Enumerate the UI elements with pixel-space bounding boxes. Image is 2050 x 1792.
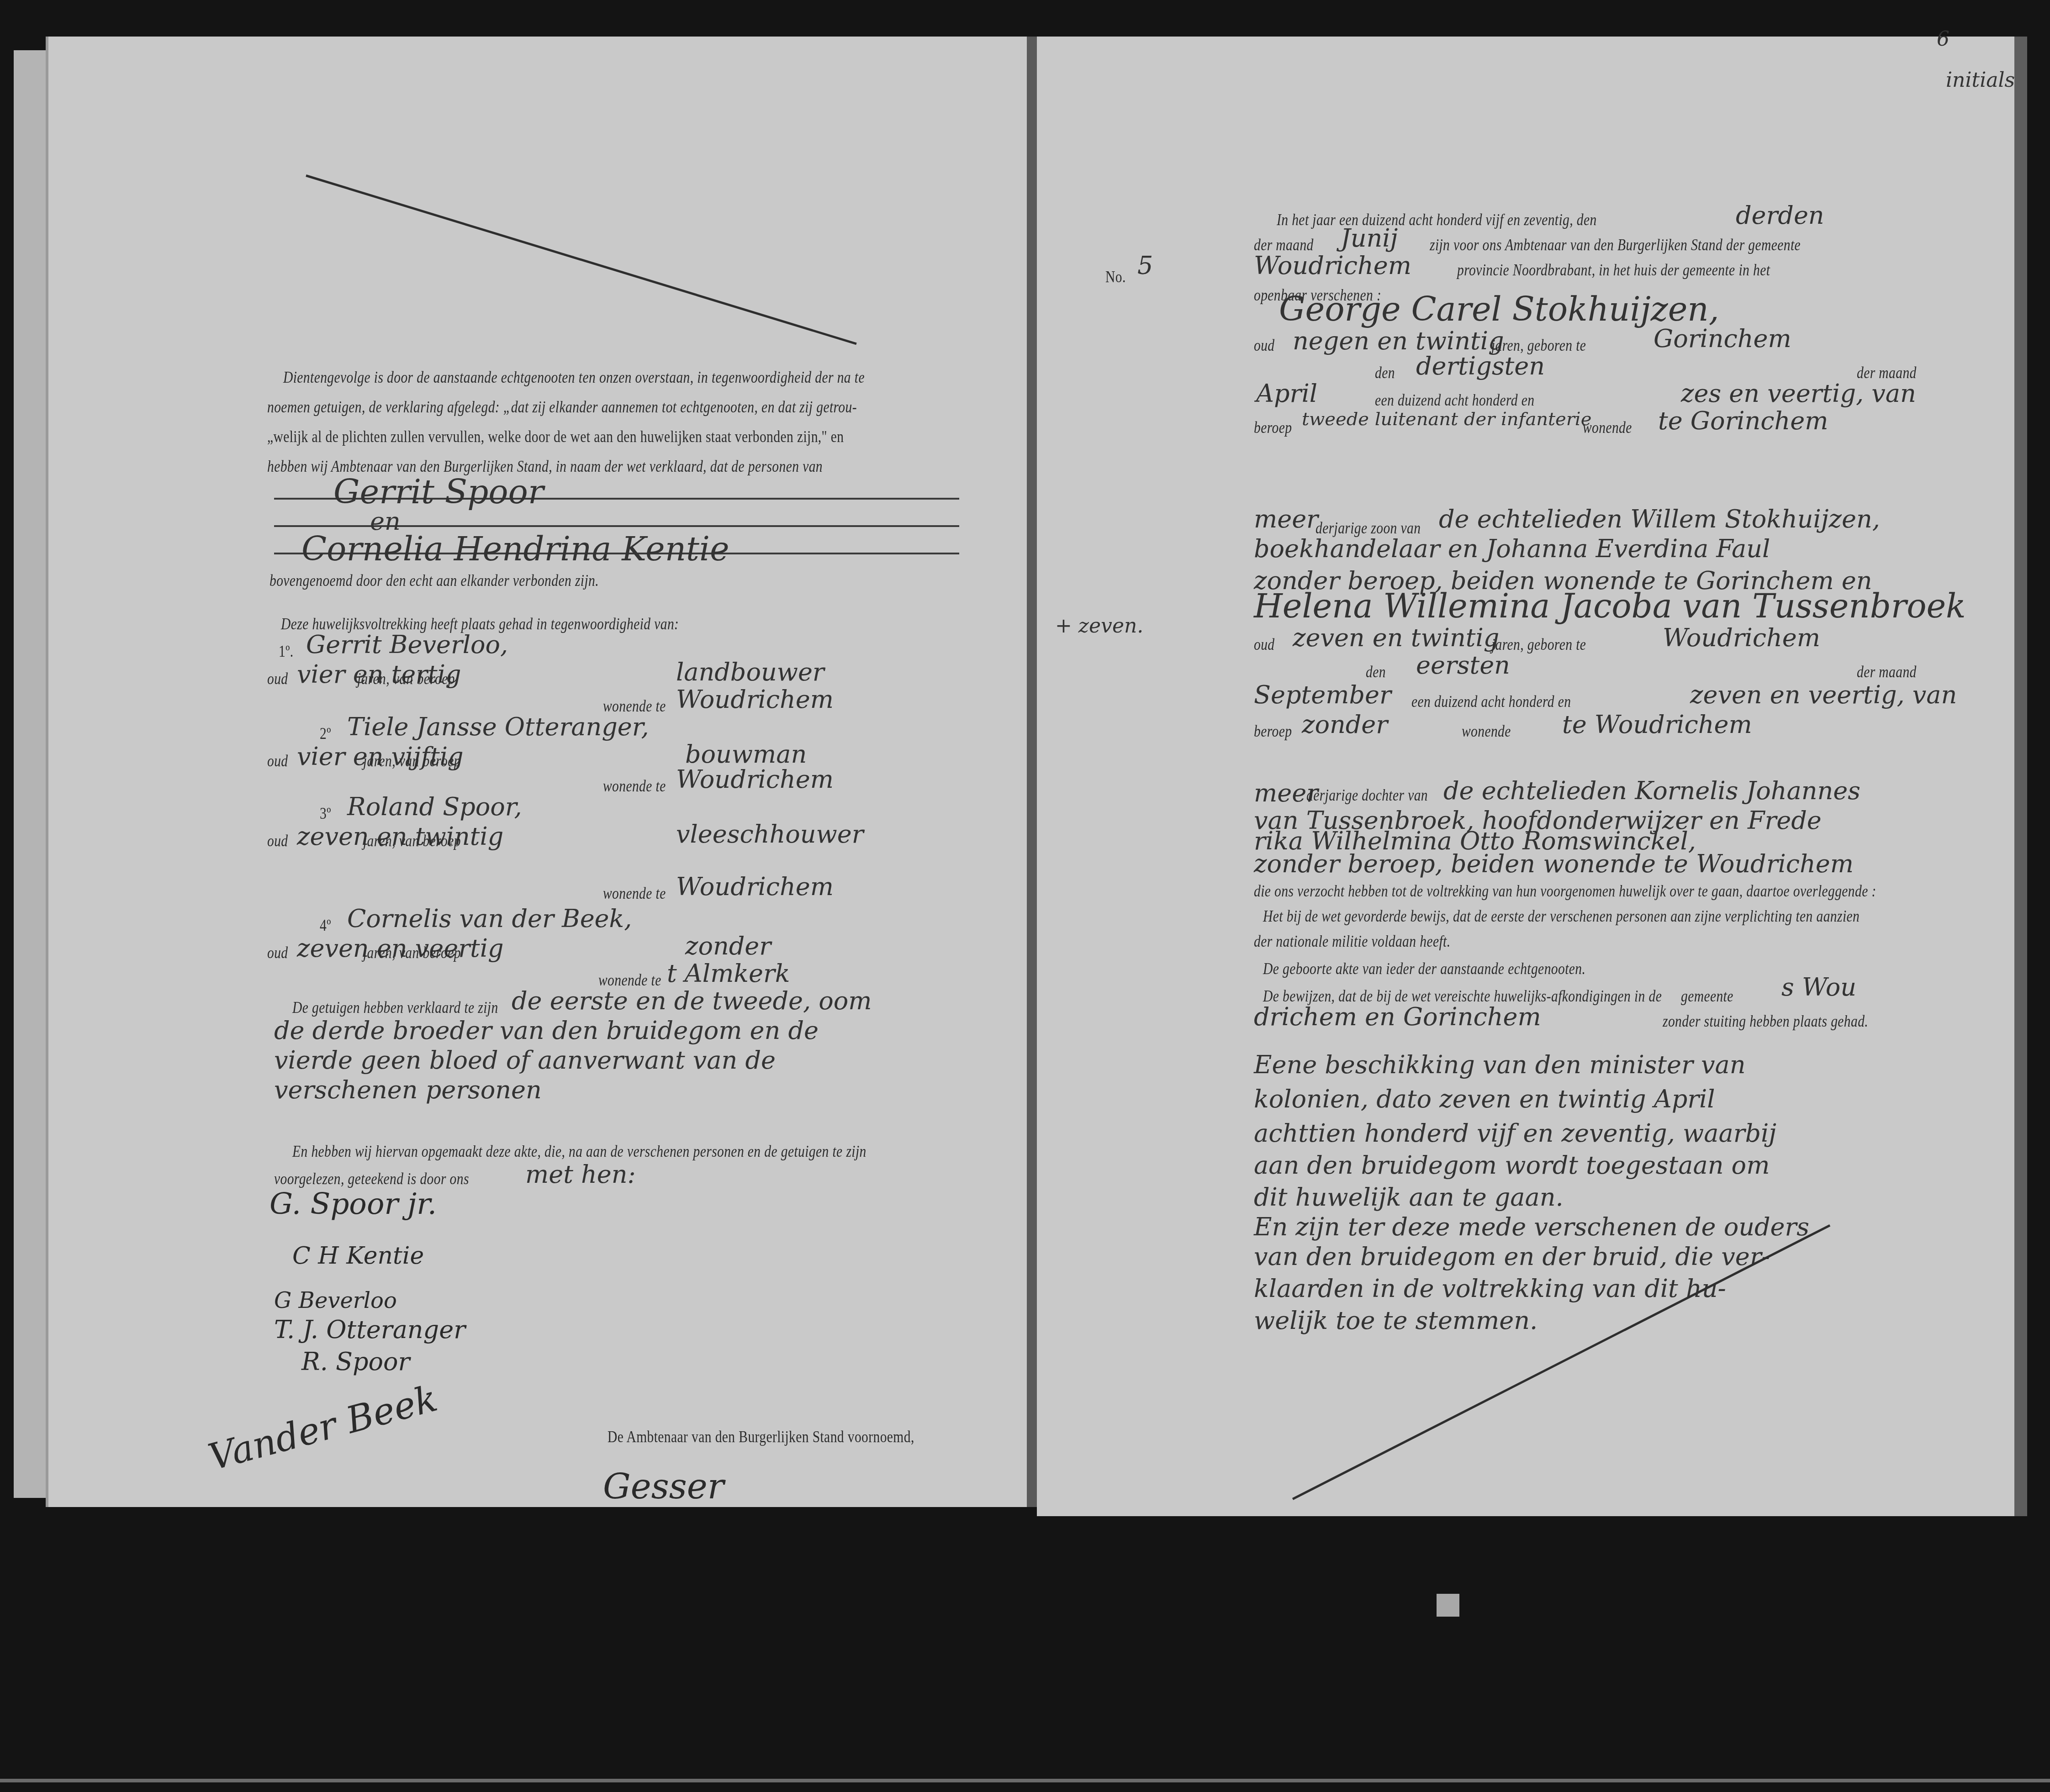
- bride-name: Cornelia Hendrina Kentie: [301, 530, 729, 568]
- witness-2-name: Tiele Jansse Otteranger,: [347, 712, 649, 741]
- bottom-tab-marker: [1437, 1594, 1459, 1617]
- bride-den-label: den: [1366, 662, 1386, 681]
- additional-line-8: klaarden in de voltrekking van dit hu-: [1254, 1274, 1726, 1303]
- proclamations-hand-b: drichem en Gorinchem: [1254, 1002, 1541, 1031]
- bottom-edge: [0, 1779, 2050, 1782]
- marriage-month: Junij: [1341, 224, 1398, 253]
- margin-note: + zeven.: [1055, 614, 1143, 638]
- bride-beroep-label: beroep: [1254, 722, 1292, 741]
- intro-line-2: zijn voor ons Ambtenaar van den Burgerli…: [1430, 235, 1801, 254]
- witness-4-residence: t Almkerk: [667, 959, 790, 988]
- additional-line-5: dit huwelijk aan te gaan.: [1254, 1183, 1564, 1212]
- bride-birth-year: zeven en veertig, van: [1690, 680, 1957, 709]
- witness-1-occupation: landbouwer: [676, 658, 824, 686]
- witness-1-num: 1º.: [279, 642, 294, 661]
- closing-line-1: En hebben wij hiervan opgemaakt deze akt…: [292, 1142, 866, 1161]
- witness-2-residence: Woudrichem: [676, 765, 834, 794]
- act-number: 5: [1137, 251, 1153, 280]
- closing-hand: met hen:: [525, 1160, 636, 1189]
- official-label: De Ambtenaar van den Burgerlijken Stand …: [608, 1427, 914, 1446]
- declaration-line-1: Dientengevolge is door de aanstaande ech…: [283, 368, 865, 387]
- additional-line-6: En zijn ter deze mede verschenen de oude…: [1254, 1212, 1809, 1241]
- book-spine: [1027, 37, 1037, 1507]
- witness-2-num: 2º: [320, 724, 331, 743]
- declaration-line-2: noemen getuigen, de verklaring afgelegd:…: [267, 397, 857, 416]
- wonende-te-label: wonende te: [603, 776, 666, 796]
- signature-witness-3: R. Spoor: [301, 1347, 410, 1376]
- bride-oud-label: oud: [1254, 635, 1275, 654]
- relation-label: De getuigen hebben verklaard te zijn: [292, 998, 498, 1017]
- page-mark: initials: [1946, 69, 2015, 92]
- bride-maand-label: der maand: [1857, 662, 1917, 681]
- relation-line-4: verschenen personen: [274, 1075, 542, 1104]
- declaration-line-3: „welijk al de plichten zullen vervullen,…: [267, 427, 844, 446]
- witness-4-num: 4º: [320, 916, 331, 935]
- groom-birthplace: Gorinchem: [1654, 324, 1791, 353]
- groom-parents-line-1: de echtelieden Willem Stokhuijzen,: [1439, 505, 1880, 533]
- groom-wonende-label: wonende: [1583, 418, 1632, 437]
- groom-year-label: een duizend acht honderd en: [1375, 390, 1534, 410]
- bride-parents-line-4: zonder beroep, beiden wonende te Woudric…: [1254, 849, 1854, 878]
- oud-label: oud: [267, 943, 288, 962]
- oud-label: oud: [267, 669, 288, 688]
- witness-3-occupation: vleeschhouwer: [676, 820, 863, 849]
- left-page: [46, 37, 1030, 1507]
- wonende-te-label: wonende te: [603, 884, 666, 903]
- bride-parents-label: derjarige dochter van: [1306, 785, 1428, 805]
- bride-parents-line-1: de echtelieden Kornelis Johannes: [1443, 776, 1860, 805]
- witness-3-num: 3º: [320, 804, 331, 823]
- groom-name: George Carel Stokhuijzen,: [1279, 290, 1719, 328]
- proclamations-text-b: zonder stuiting hebben plaats gehad.: [1663, 1012, 1868, 1031]
- united-text: bovengenoemd door den echt aan elkander …: [269, 571, 599, 590]
- jaren-beroep-label: jaren, van beroep: [363, 751, 461, 770]
- relation-line-3: vierde geen bloed of aanverwant van de: [274, 1046, 776, 1075]
- signature-bride: C H Kentie: [292, 1242, 424, 1270]
- signature-witness-1: G Beverloo: [274, 1288, 397, 1313]
- groom-oud-label: oud: [1254, 336, 1275, 355]
- witness-4-name: Cornelis van der Beek,: [347, 904, 632, 933]
- groom-birth-month: April: [1256, 379, 1317, 408]
- militia-line-2: der nationale militie voldaan heeft.: [1254, 932, 1450, 951]
- proclamations-hand-a: s Wou: [1781, 973, 1856, 1001]
- birth-acts-text: De geboorte akte van ieder der aanstaand…: [1263, 959, 1585, 978]
- groom-name: Gerrit Spoor: [333, 473, 544, 511]
- groom-occupation: tweede luitenant der infanterie: [1302, 409, 1591, 430]
- bride-residence: te Woudrichem: [1562, 710, 1752, 739]
- bride-name: Helena Willemina Jacoba van Tussenbroek: [1254, 587, 1966, 625]
- request-text: die ons verzocht hebben tot de voltrekki…: [1254, 881, 1876, 901]
- bride-birthplace: Woudrichem: [1663, 623, 1820, 652]
- witness-4-occupation: zonder: [685, 932, 771, 960]
- groom-parents-prefix: meer: [1254, 505, 1318, 533]
- jaren-beroep-label: jaren, van beroep: [363, 943, 461, 962]
- bride-occupation: zonder: [1302, 710, 1388, 739]
- bride-age: zeven en twintig: [1293, 623, 1499, 652]
- additional-line-4: aan den bruidegom wordt toegestaan om: [1254, 1151, 1770, 1180]
- groom-residence: te Gorinchem: [1658, 406, 1828, 435]
- witness-2-occupation: bouwman: [685, 740, 807, 769]
- intro-line-1: In het jaar een duizend acht honderd vij…: [1277, 210, 1597, 229]
- jaren-beroep-label: jaren, van beroep: [363, 831, 461, 850]
- signature-groom: G. Spoor jr.: [269, 1187, 437, 1221]
- witness-3-name: Roland Spoor,: [347, 792, 522, 821]
- bride-year-label: een duizend acht honderd en: [1411, 692, 1571, 711]
- additional-line-2: kolonien, dato zeven en twintig April: [1254, 1085, 1715, 1113]
- witness-1-name: Gerrit Beverloo,: [306, 630, 508, 659]
- jaren-beroep-label: jaren, van beroep: [357, 669, 455, 688]
- additional-line-7: van den bruidegom en der bruid, die ver-: [1254, 1242, 1770, 1271]
- act-number-label: No.: [1105, 267, 1126, 286]
- municipality: Woudrichem: [1254, 251, 1411, 280]
- official-signature: Gesser: [603, 1466, 724, 1507]
- groom-beroep-label: beroep: [1254, 418, 1292, 437]
- additional-line-1: Eene beschikking van den minister van: [1254, 1050, 1746, 1079]
- additional-line-9: welijk toe te stemmen.: [1254, 1306, 1537, 1335]
- page-number: 6: [1937, 27, 1950, 51]
- militia-line-1: Het bij de wet gevorderde bewijs, dat de…: [1263, 907, 1860, 926]
- bride-birth-day: eersten: [1416, 651, 1510, 680]
- closing-line-2: voorgelezen, geteekend is door ons: [274, 1169, 469, 1188]
- witness-3-residence: Woudrichem: [676, 872, 834, 901]
- oud-label: oud: [267, 751, 288, 770]
- marriage-day: derden: [1736, 201, 1824, 230]
- bride-wonende-label: wonende: [1462, 722, 1511, 741]
- additional-line-3: achttien honderd vijf en zeventig, waarb…: [1254, 1119, 1776, 1148]
- bride-birth-month: September: [1254, 680, 1391, 709]
- oud-label: oud: [267, 831, 288, 850]
- relation-line-2: de derde broeder van den bruidegom en de: [274, 1016, 819, 1045]
- proclamations-gemeente: gemeente: [1681, 986, 1733, 1006]
- intro-line-3: provincie Noordbrabant, in het huis der …: [1457, 260, 1770, 279]
- groom-age: negen en twintig: [1293, 327, 1504, 355]
- witness-1-residence: Woudrichem: [676, 685, 834, 714]
- groom-birth-year: zes en veertig, van: [1681, 379, 1916, 408]
- groom-parents-line-2: boekhandelaar en Johanna Everdina Faul: [1254, 534, 1770, 563]
- relation-line-1: de eerste en de tweede, oom: [512, 986, 872, 1015]
- groom-birth-day: dertigsten: [1416, 352, 1545, 380]
- signature-witness-2: T. J. Otteranger: [274, 1315, 465, 1344]
- groom-den-label: den: [1375, 363, 1395, 382]
